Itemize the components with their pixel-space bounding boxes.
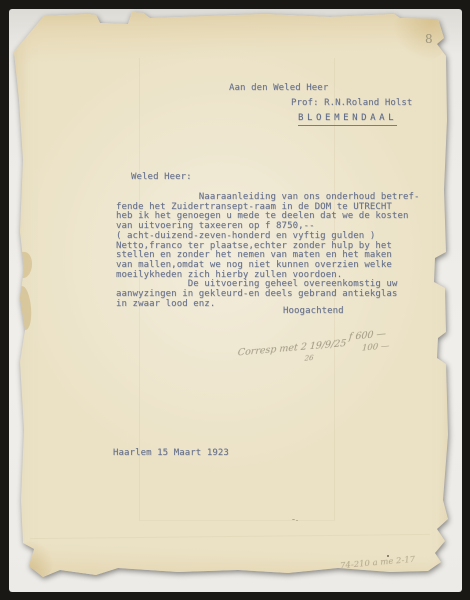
pencil-annotation-sub: 26 (304, 354, 314, 363)
pencil-inventory-mark: 74-210 a me 2-17 (340, 555, 416, 572)
letter-body: Naaraanleiding van ons onderhoud betref-… (116, 193, 420, 309)
paper-speck (387, 555, 389, 557)
letter-paper: Aan den Weled Heer Prof: R.N.Roland Hols… (0, 0, 470, 600)
recipient-line-1: Aan den Weled Heer (229, 84, 328, 94)
recipient-line-2: Prof: R.N.Roland Holst (291, 99, 412, 109)
recipient-city: BLOEMENDAAL (298, 114, 397, 126)
dateline: Haarlem 15 Maart 1923 (113, 449, 229, 459)
pencil-page-number: 8 (425, 32, 433, 46)
pencil-annotation-amount-1: f 600 — (348, 328, 386, 342)
scanned-letter-page: Aan den Weled Heer Prof: R.N.Roland Hols… (0, 0, 470, 600)
pencil-annotation-text: Corresp met 2 19/9/25 (237, 338, 346, 359)
paper-wrapper: Aan den Weled Heer Prof: R.N.Roland Hols… (0, 0, 470, 600)
paper-stain-top-right (392, 12, 448, 62)
salutation: Weled Heer: (131, 173, 192, 183)
pencil-annotation-amount-2: 100 — (361, 341, 389, 354)
closing-salutation: Hoogachtend (283, 307, 344, 317)
paper-stain-bottom-left (20, 540, 54, 578)
paper-speck (296, 520, 298, 521)
paper-tape-residue-left-1 (14, 251, 33, 279)
paper-tape-residue-left-2 (15, 286, 32, 331)
fold-crease-horizontal (30, 534, 430, 539)
paper-speck (292, 519, 295, 520)
